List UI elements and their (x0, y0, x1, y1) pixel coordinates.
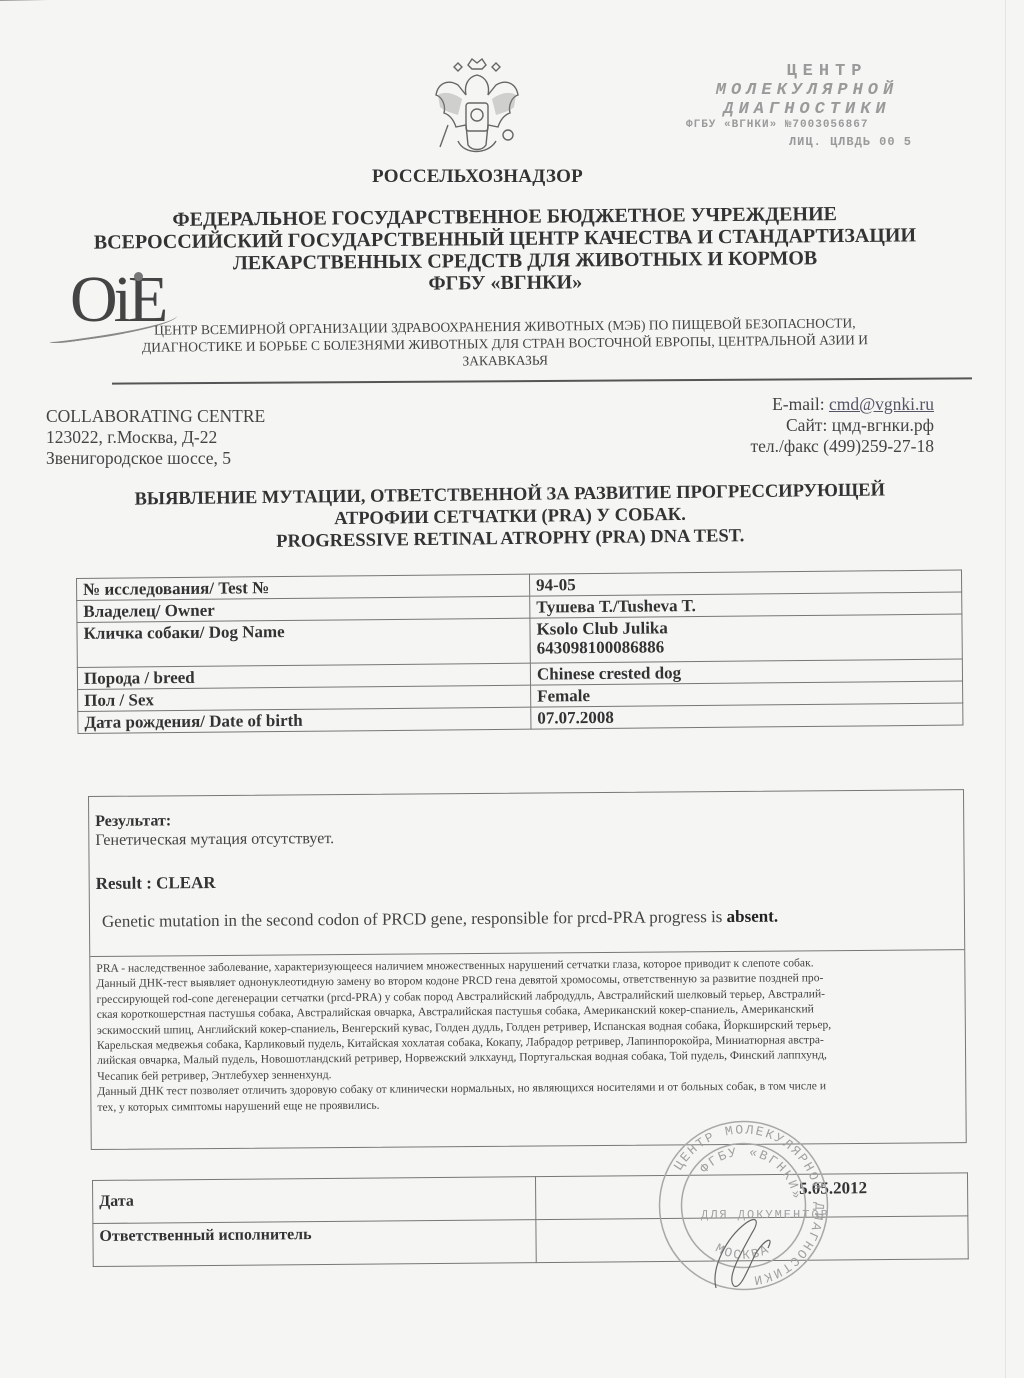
stamp-line: ЛИЦ. ЦЛВДЬ 00 5 (682, 135, 912, 149)
dog-info-table: № исследования/ Test № 94-05 Владелец/ O… (76, 569, 963, 733)
stamp-line: МОЛЕКУЛЯРНОЙ (682, 81, 932, 100)
agency-name: РОССЕЛЬХОЗНАДЗОР (372, 166, 583, 188)
table-row: Дата 5.05.2012 (93, 1173, 968, 1224)
result-desc-bold: absent. (727, 907, 779, 926)
organization-name: ФЕДЕРАЛЬНОЕ ГОСУДАРСТВЕННОЕ БЮДЖЕТНОЕ УЧ… (60, 202, 951, 298)
stamp-line: ДИАГНОСТИКИ (682, 100, 932, 119)
email-link[interactable]: cmd@vgnki.ru (829, 394, 934, 414)
result-clear: Result : CLEAR (96, 867, 958, 894)
scan-right-edge (1005, 0, 1006, 1378)
stamp-line: ЦЕНТР (722, 62, 932, 81)
document-title: ВЫЯВЛЕНИЕ МУТАЦИИ, ОТВЕТСТВЕННОЙ ЗА РАЗВ… (60, 479, 961, 556)
result-description: Genetic mutation in the second codon of … (102, 905, 958, 932)
oie-logo-globe-icon (134, 272, 143, 281)
signature-table: Дата 5.05.2012 Ответственный исполнитель (92, 1172, 969, 1267)
email-line: E-mail: cmd@vgnki.ru (750, 394, 934, 415)
dog-name-value: Ksolo Club Julika 643098100086886 (530, 614, 962, 663)
official-round-stamp-icon: ЦЕНТР МОЛЕКУЛЯРНОЙ ДИАГНОСТИКИ ФГБУ «ВГН… (656, 1118, 831, 1293)
phone: тел./факс (499)259-27-18 (750, 436, 934, 457)
table-row: Ответственный исполнитель (93, 1216, 968, 1267)
pra-notes: PRA - наследственное заболевание, характ… (90, 949, 965, 1119)
stamp-center-text: ДЛЯ ДОКУМЕНТОВ (701, 1208, 830, 1222)
result-box: Результат: Генетическая мутация отсутств… (88, 789, 967, 1150)
microchip-number: 643098100086886 (537, 635, 956, 658)
email-label: E-mail: (772, 394, 829, 414)
collaborating-centre: COLLABORATING CENTRE (46, 406, 265, 427)
result-section: Результат: Генетическая мутация отсутств… (89, 790, 964, 956)
birth-date-label: Дата рождения/ Date of birth (78, 707, 531, 733)
contact-block: E-mail: cmd@vgnki.ru Сайт: цмд-вгнки.рф … (750, 394, 934, 457)
street-address: Звенигородское шоссе, 5 (46, 448, 265, 469)
date-label: Дата (93, 1177, 536, 1224)
lab-stamp: ЦЕНТР МОЛЕКУЛЯРНОЙ ДИАГНОСТИКИ ФГБУ «ВГН… (682, 62, 932, 149)
address-block: COLLABORATING CENTRE 123022, г.Москва, Д… (46, 406, 265, 469)
dog-name-label: Кличка собаки/ Dog Name (77, 618, 530, 667)
executor-label: Ответственный исполнитель (93, 1220, 536, 1267)
postal-address: 123022, г.Москва, Д-22 (46, 427, 265, 448)
russian-coat-of-arms-icon (428, 55, 526, 165)
stamp-line: ФГБУ «ВГНКИ» №7003056867 (686, 119, 932, 131)
header-divider (112, 377, 972, 384)
certificate-page: РОССЕЛЬХОЗНАДЗОР ЦЕНТР МОЛЕКУЛЯРНОЙ ДИАГ… (0, 0, 1024, 1378)
scan-edge (0, 0, 130, 1)
oie-center-description: ЦЕНТР ВСЕМИРНОЙ ОРГАНИЗАЦИИ ЗДРАВООХРАНЕ… (60, 313, 950, 373)
result-desc-text: Genetic mutation in the second codon of … (102, 907, 727, 931)
website: Сайт: цмд-вгнки.рф (750, 415, 934, 436)
birth-date-value: 07.07.2008 (531, 703, 963, 729)
